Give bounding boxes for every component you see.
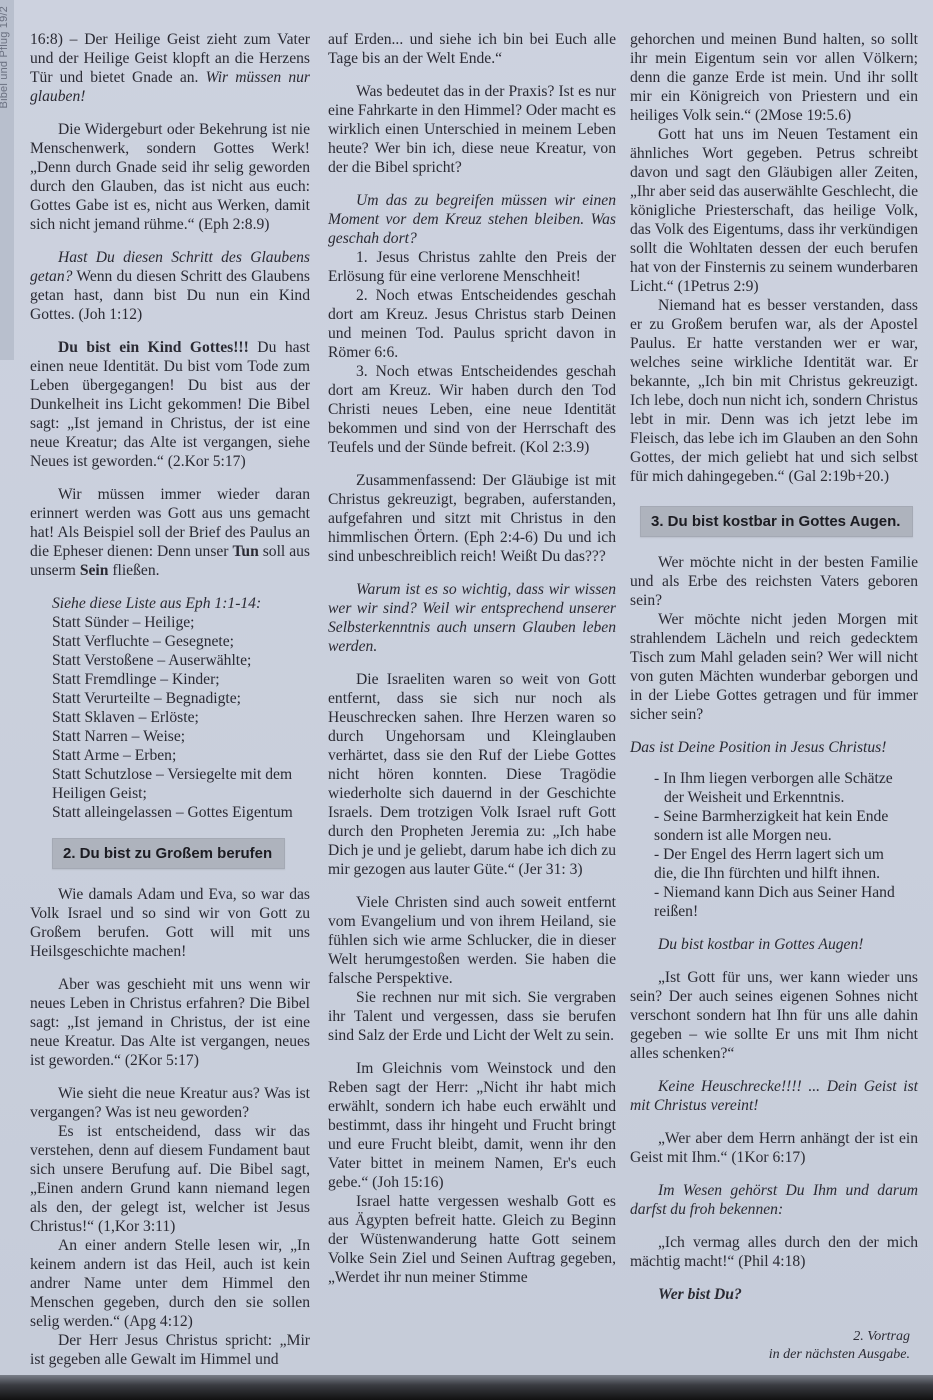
paragraph: gehorchen und meinen Bund halten, so sol… (630, 30, 918, 125)
column-middle: auf Erden... und siehe ich bin bei Euch … (328, 30, 616, 1287)
paragraph: Wer möchte nicht jeden Morgen mit strahl… (630, 610, 918, 724)
paragraph: Die Israeliten waren so weit von Gott en… (328, 670, 616, 879)
paragraph: „Ich vermag alles durch den der mich mäc… (630, 1233, 918, 1271)
paragraph: Du bist ein Kind Gottes!!! Du hast einen… (30, 338, 310, 471)
paragraph: Wie damals Adam und Eva, so war das Volk… (30, 885, 310, 961)
page-margin: Bibel und Pflug 19/2 (0, 0, 14, 360)
paragraph: Aber was geschieht mit uns wenn wir neue… (30, 975, 310, 1070)
paragraph: Niemand hat es besser verstanden, dass e… (630, 296, 918, 486)
paragraph: Im Gleichnis vom Weinstock und den Reben… (328, 1059, 616, 1192)
publication-label: Bibel und Pflug 19/2 (0, 6, 10, 108)
paragraph: Warum ist es so wichtig, dass wir wissen… (328, 580, 616, 656)
magazine-page: Bibel und Pflug 19/2 16:8) – Der Heilige… (0, 0, 933, 1375)
paragraph: Das ist Deine Position in Jesus Christus… (630, 738, 918, 757)
paragraph: Der Herr Jesus Christus spricht: „Mir is… (30, 1331, 310, 1369)
bullet-item: - Niemand kann Dich aus Seiner Hand (654, 883, 918, 902)
list-item: Statt Fremdlinge – Kinder; (52, 670, 310, 689)
paragraph: 16:8) – Der Heilige Geist zieht zum Vate… (30, 30, 310, 106)
paragraph: Im Wesen gehörst Du Ihm und darum darfst… (630, 1181, 918, 1219)
next-issue-note: 2. Vortrag in der nächsten Ausgabe. (630, 1328, 918, 1364)
paragraph: Um das zu begreifen müssen wir einen Mom… (328, 191, 616, 248)
paragraph: Es ist entscheidend, dass wir das verste… (30, 1122, 310, 1236)
paragraph: Israel hatte vergessen weshalb Gott es a… (328, 1192, 616, 1287)
column-right: gehorchen und meinen Bund halten, so sol… (630, 30, 918, 1364)
page-edge-shadow (0, 1375, 933, 1400)
list-item: Statt Verfluchte – Gesegnete; (52, 632, 310, 651)
paragraph: Wer möchte nicht in der besten Familie u… (630, 553, 918, 610)
paragraph: Hast Du diesen Schritt des Glaubens geta… (30, 248, 310, 324)
paragraph: Die Widergeburt oder Bekehrung ist nie M… (30, 120, 310, 234)
bullet-item: - In Ihm liegen verborgen alle Schätze (654, 769, 918, 788)
paragraph: „Wer aber dem Herrn anhängt der ist ein … (630, 1129, 918, 1167)
list-item: Statt alleingelassen – Gottes Eigentum (52, 803, 310, 822)
list-item: Statt Sklaven – Erlöste; (52, 708, 310, 727)
paragraph: Viele Christen sind auch soweit entfernt… (328, 893, 616, 988)
paragraph: 3. Noch etwas Entscheidendes geschah dor… (328, 362, 616, 457)
paragraph: Keine Heuschrecke!!!! ... Dein Geist ist… (630, 1077, 918, 1115)
list-item: Statt Sünder – Heilige; (52, 613, 310, 632)
bullet-item-continuation: reißen! (654, 902, 918, 921)
paragraph: „Ist Gott für uns, wer kann wieder uns s… (630, 968, 918, 1063)
paragraph: Du bist kostbar in Gottes Augen! (630, 935, 918, 954)
list-title: Siehe diese Liste aus Eph 1:1-14: (52, 594, 310, 613)
paragraph: 1. Jesus Christus zahlte den Preis der E… (328, 248, 616, 286)
bullet-item: - Der Engel des Herrn lagert sich um (654, 845, 918, 864)
bullet-item-continuation: die, die Ihn fürchten und hilft ihnen. (654, 864, 918, 883)
paragraph: An einer andern Stelle lesen wir, „In ke… (30, 1236, 310, 1331)
paragraph: Zusammenfassend: Der Gläubige ist mit Ch… (328, 471, 616, 566)
paragraph: Wie sieht die neue Kreatur aus? Was ist … (30, 1084, 310, 1122)
paragraph: 2. Noch etwas Entscheidendes geschah dor… (328, 286, 616, 362)
section-heading-3: 3. Du bist kostbar in Gottes Augen. (640, 506, 913, 537)
list-item: Statt Schutzlose – Versiegelte mit dem H… (52, 765, 310, 803)
list-item: Statt Arme – Erben; (52, 746, 310, 765)
ephesians-list: Siehe diese Liste aus Eph 1:1-14: Statt … (52, 594, 310, 822)
paragraph: Wir müssen immer wieder daran erinnert w… (30, 485, 310, 580)
list-item: Statt Verurteilte – Begnadigte; (52, 689, 310, 708)
closing-question: Wer bist Du? (630, 1285, 918, 1304)
list-item: Statt Verstoßene – Auserwählte; (52, 651, 310, 670)
column-left: 16:8) – Der Heilige Geist zieht zum Vate… (30, 30, 310, 1369)
section-heading-2: 2. Du bist zu Großem berufen (52, 838, 285, 869)
paragraph: Was bedeutet das in der Praxis? Ist es n… (328, 82, 616, 177)
bullet-item-continuation: der Weisheit und Erkenntnis. (654, 788, 918, 807)
paragraph: Sie rechnen nur mit sich. Sie vergraben … (328, 988, 616, 1045)
paragraph: Gott hat uns im Neuen Testament ein ähnl… (630, 125, 918, 296)
paragraph: auf Erden... und siehe ich bin bei Euch … (328, 30, 616, 68)
bullet-item: - Seine Barmherzigkeit hat kein Ende (654, 807, 918, 826)
list-item: Statt Narren – Weise; (52, 727, 310, 746)
bullet-list: - In Ihm liegen verborgen alle Schätze d… (654, 769, 918, 921)
bullet-item-continuation: sondern ist alle Morgen neu. (654, 826, 918, 845)
